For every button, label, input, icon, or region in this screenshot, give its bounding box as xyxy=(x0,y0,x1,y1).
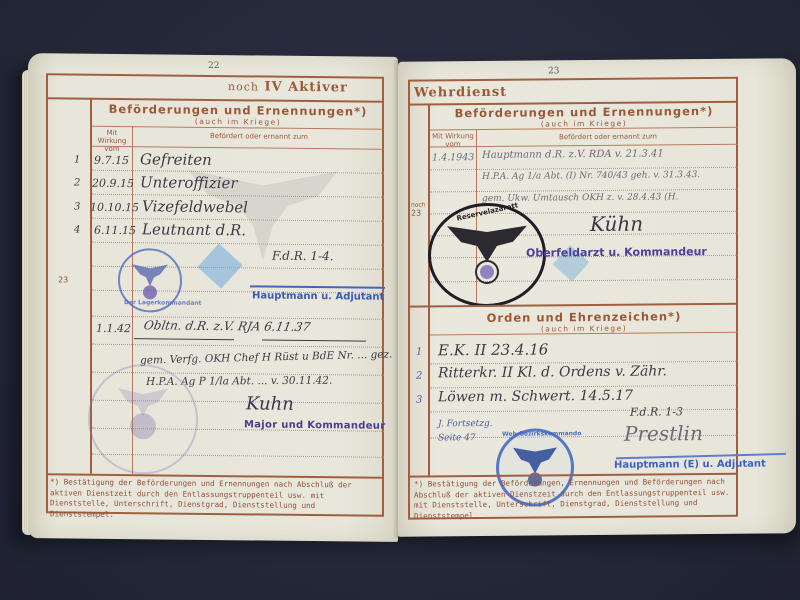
row-number: 4 xyxy=(74,225,80,236)
page-header: Wehrdienst xyxy=(414,85,507,101)
signature: Kühn xyxy=(590,212,643,236)
signature: Prestlin xyxy=(624,421,703,446)
award-number: 2 xyxy=(416,371,422,382)
entry-rank: Gefreiten xyxy=(140,150,212,169)
page-number-left: 22 xyxy=(208,61,219,71)
page-number-right: 23 xyxy=(548,66,559,76)
award-entry: Ritterkr. II Kl. d. Ordens v. Zähr. xyxy=(438,363,667,381)
entry-date: 10.10.15 xyxy=(90,201,139,215)
entry-date: 6.11.15 xyxy=(94,224,136,237)
entry-date: 20.9.15 xyxy=(92,177,134,190)
certification-note: F.d.R. 1-4. xyxy=(272,249,334,264)
award-number: 1 xyxy=(416,347,422,358)
entry-rank: Leutnant d.R. xyxy=(142,220,246,239)
inner-left-rule xyxy=(428,103,430,475)
continuation-note: J. Fortsetzg. xyxy=(438,419,493,429)
round-stamp-label: Wehrbezirkskommando xyxy=(502,430,581,438)
margin-reference: 23 xyxy=(411,209,421,218)
adjutant-stamp: Hauptmann (E) u. Adjutant xyxy=(614,459,766,471)
margin-reference: 23 xyxy=(58,275,68,284)
round-stamp-label: Der Lagerkommandant xyxy=(124,299,202,307)
award-entry: Löwen m. Schwert. 14.5.17 xyxy=(438,388,633,406)
column-header-date: Mit Wirkung vom xyxy=(92,129,132,153)
entry-line: Hauptmann d.R. z.V. RDA v. 21.3.41 xyxy=(482,148,664,161)
certification-note: F.d.R. 1-3 xyxy=(630,405,683,418)
adjutant-stamp: Hauptmann u. Adjutant xyxy=(252,290,384,302)
footnote: *) Bestätigung der Beförderungen, Ernenn… xyxy=(414,477,734,522)
award-entry: E.K. II 23.4.16 xyxy=(438,340,548,359)
margin-reference-label: noch xyxy=(411,201,426,208)
entry-date: 1.4.1943 xyxy=(432,152,474,163)
entry-date: 1.1.42 xyxy=(96,322,131,335)
entry-line: Obltn. d.R. z.V. RJA 6.11.37 xyxy=(143,318,312,334)
award-number: 3 xyxy=(416,395,422,406)
eagle-emblem-icon xyxy=(90,366,196,473)
chief-physician-stamp: Oberfeldarzt u. Kommandeur xyxy=(526,245,707,260)
signature: Kuhn xyxy=(246,393,294,415)
commander-stamp: Major und Kommandeur xyxy=(244,419,385,431)
right-page: 23 Wehrdienst Beförderungen und Ernennun… xyxy=(398,58,796,536)
row-number: 3 xyxy=(74,202,80,213)
header-prefix: noch xyxy=(228,80,259,93)
continuation-note: Seite 47 xyxy=(438,433,476,443)
entry-date: 9.7.15 xyxy=(94,154,129,167)
left-page: 22 noch IV Aktiver Beförderungen und Ern… xyxy=(28,53,398,542)
row-number: 1 xyxy=(74,155,80,166)
page-header: noch IV Aktiver xyxy=(228,79,348,95)
footnote: *) Bestätigung der Beförderungen und Ern… xyxy=(50,477,380,522)
entry-rank: Vizefeldwebel xyxy=(142,197,248,216)
entry-line: H.P.A. Ag 1/a Abt. (I) Nr. 740/43 geh. v… xyxy=(482,170,700,182)
round-stamp-faint xyxy=(88,364,198,475)
row-number: 2 xyxy=(74,178,80,189)
header-title: IV Aktiver xyxy=(264,80,347,96)
entry-rank: Unteroffizier xyxy=(140,173,238,192)
